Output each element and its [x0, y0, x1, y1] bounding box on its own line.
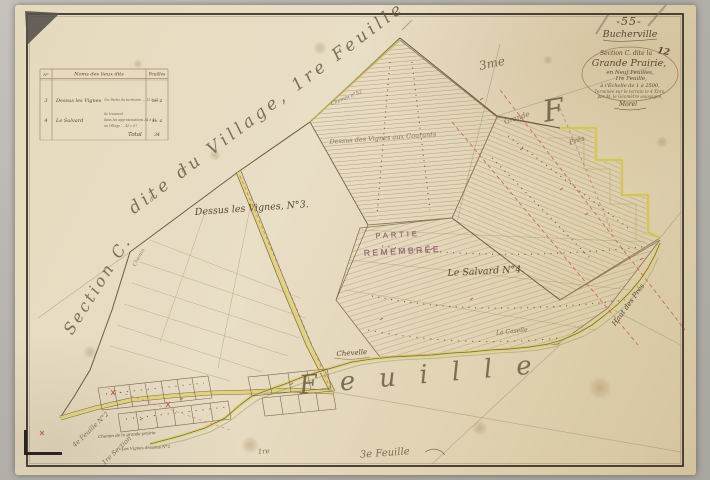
table-header-names: Noms des lieux dits	[73, 72, 124, 78]
cartouche-section-number-red: 12	[656, 46, 670, 58]
table-row1-name: Dessus les Vignes	[55, 98, 102, 104]
cartouche-note-2: par M. le Géomètre soussigné,	[597, 94, 663, 99]
table-header-no: N°	[42, 72, 49, 77]
commune-name: Bucherville	[602, 29, 658, 40]
table-row1-detail: 1re Partie du territoire … 12 h 34	[104, 98, 158, 102]
table-row2-detail-3: au Village … 45 c 67	[104, 124, 138, 128]
label-corner-4e-feuille: 4e Feuille N°2	[70, 410, 110, 449]
cartouche-sheet-no: 1re Feuille,	[615, 76, 647, 82]
label-section-c: Section C.	[59, 232, 135, 338]
title-cartouche: -55- Bucherville Section C. dite la 12 G…	[582, 15, 678, 110]
archive-page-number: -55-	[616, 15, 641, 28]
table-header-sheets: Feuilles	[148, 72, 166, 77]
table-row1-no: 3	[44, 98, 47, 104]
lieux-dits-table: N° Noms des lieux dits Feuilles 3 Dessus…	[40, 69, 168, 140]
table-row2-sheet: 3e. 4	[152, 118, 162, 123]
label-big-f: F	[539, 92, 568, 130]
table-total-label: Total	[128, 132, 142, 138]
scanned-map-photo: -55- Bucherville Section C. dite la 12 G…	[0, 0, 710, 480]
surveyor-signature: Morel	[618, 101, 637, 108]
cartouche-title: Grande Prairie,	[592, 58, 667, 69]
label-stream-chevelle: Chevelle	[336, 348, 367, 358]
label-bottom-1re: 1re	[257, 447, 270, 456]
table-row2-no: 4	[43, 118, 47, 124]
table-row2-detail-2: dans les approximations 34 à 45	[104, 118, 156, 122]
label-chemin-left: Chemin	[132, 248, 147, 268]
label-bottom-3e-feuille: 3e Feuille	[360, 446, 410, 460]
table-row2-name: Le Salvard	[55, 118, 83, 124]
table-row2-detail-1: Se trouvent	[104, 112, 124, 116]
table-row1-sheet: 3e. 4	[152, 98, 162, 103]
cartouche-section-line: Section C. dite la	[600, 50, 652, 57]
cadastral-map: -55- Bucherville Section C. dite la 12 G…	[0, 0, 710, 480]
table-total-value: 34	[154, 132, 160, 138]
corner-fold-damage	[25, 11, 60, 45]
label-3me-feuille: 3me	[478, 54, 506, 73]
cartouche-scale: à l'Échelle de 1 à 2500,	[600, 81, 660, 89]
